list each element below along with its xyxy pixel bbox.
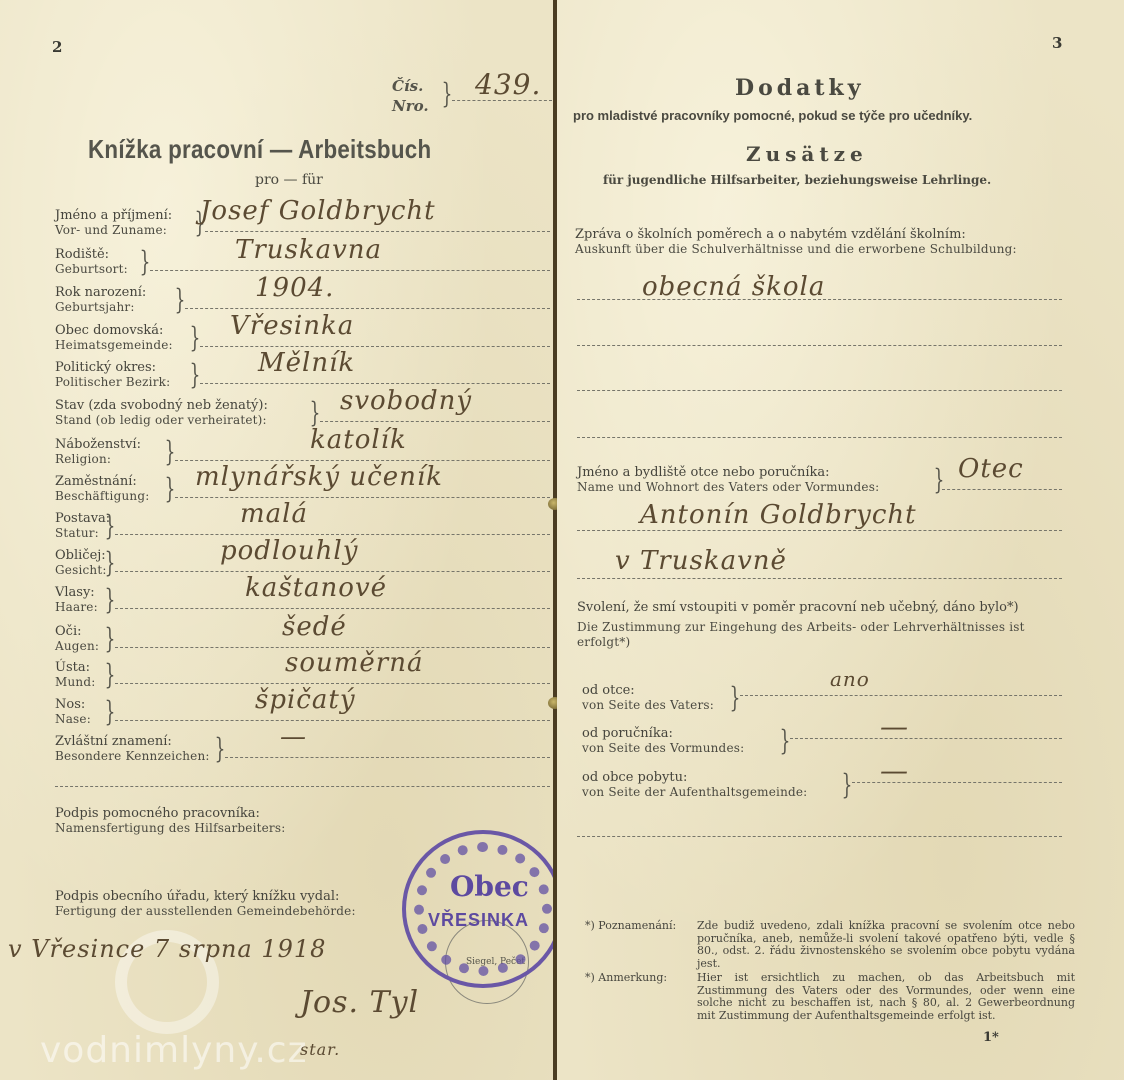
section-subtitle-cz: pro mladistvé pracovníky pomocné, pokud … (573, 108, 972, 123)
dotted-line (942, 489, 1062, 490)
dotted-line (115, 571, 550, 572)
field-value: 1904. (255, 273, 334, 303)
brace: } (105, 661, 116, 689)
field-value: souměrná (285, 648, 423, 678)
section-title-cz: Dodatky (735, 75, 865, 101)
dotted-line (150, 270, 550, 271)
dotted-line (115, 608, 550, 609)
footnote-label: *) Poznamenání: (585, 920, 676, 933)
place-date: v Vřesince 7 srpna 1918 (8, 935, 326, 963)
field-label: Obličej: Gesicht: (55, 548, 107, 578)
signatory-title: star. (300, 1040, 340, 1059)
footnote-text: Hier ist ersichtlich zu machen, ob das A… (697, 972, 1075, 1022)
brace: } (310, 399, 321, 427)
brace: } (165, 475, 176, 503)
field-label: Stav (zda svobodný neb ženatý): Stand (o… (55, 398, 268, 428)
dotted-line (577, 390, 1062, 391)
dotted-line (577, 578, 1062, 579)
footnote-text: Zde budiž uvedeno, zdali knížka pracovní… (697, 920, 1075, 970)
consent-value: — (880, 710, 909, 743)
brace: } (215, 735, 226, 763)
consent-label: Svolení, že smí vstoupiti v poměr pracov… (577, 600, 1067, 650)
field-value: katolík (310, 425, 407, 455)
dotted-line (55, 786, 550, 787)
field-label: Rok narození: Geburtsjahr: (55, 285, 146, 315)
dotted-line (175, 460, 550, 461)
field-label: Postava: Statur: (55, 511, 110, 541)
dotted-line (225, 757, 550, 758)
footnote-label: *) Anmerkung: (585, 972, 667, 985)
brace: } (105, 512, 116, 540)
field-value: Vřesinka (230, 311, 354, 341)
field-value: Josef Goldbrycht (200, 196, 436, 226)
field-label: Ústa: Mund: (55, 660, 95, 690)
dotted-line (790, 738, 1062, 739)
consent-row-label: od poručníka: von Seite des Vormundes: (582, 726, 744, 756)
dotted-line (577, 530, 1062, 531)
dotted-line (320, 421, 550, 422)
field-value: malá (240, 499, 308, 529)
field-label: Zaměstnání: Beschäftigung: (55, 474, 149, 504)
field-value: Truskavna (235, 235, 382, 265)
dotted-line (185, 308, 550, 309)
brace: } (175, 286, 186, 314)
number-label: Čís. Nro. (392, 76, 429, 116)
consent-row-label: od obce pobytu: von Seite der Aufenthalt… (582, 770, 807, 800)
section-title-de: Zusätze (746, 142, 868, 166)
dotted-line (200, 383, 550, 384)
page-number-right: 3 (1052, 34, 1062, 52)
brace: } (165, 438, 176, 466)
office-signature-label: Podpis obecního úřadu, který knížku vyda… (55, 889, 356, 919)
field-label: Politický okres: Politischer Bezirk: (55, 360, 170, 390)
brace: } (105, 586, 116, 614)
father-label: Jméno a bydliště otce nebo poručníka: Na… (577, 465, 879, 495)
consent-value: ano (830, 667, 870, 691)
field-label: Zvláštní znamení: Besondere Kennzeichen: (55, 734, 210, 764)
field-value: mlynářský učeník (195, 462, 443, 492)
father-value-2: Antonín Goldbrycht (640, 500, 917, 530)
dotted-line (577, 836, 1062, 837)
section-subtitle-de: für jugendliche Hilfsarbeiter, beziehung… (603, 173, 991, 187)
official-stamp: Obec VŘESINKA (402, 830, 564, 988)
page-number-left: 2 (52, 38, 62, 56)
brace: } (842, 771, 853, 799)
school-label: Zpráva o školních poměrech a o nabytém v… (575, 227, 1017, 257)
dotted-line (115, 534, 550, 535)
field-label: Rodiště: Geburtsort: (55, 247, 128, 277)
dotted-line (205, 231, 550, 232)
brace: } (140, 248, 151, 276)
brace: } (190, 361, 201, 389)
left-page: 2 Čís. Nro. } 439. Knížka pracovní — Arb… (0, 0, 553, 1080)
brace: } (105, 625, 116, 653)
field-value: svobodný (340, 386, 472, 416)
field-value: kaštanové (245, 573, 387, 603)
dotted-line (577, 437, 1062, 438)
brace: } (730, 684, 741, 712)
field-label: Oči: Augen: (55, 624, 99, 654)
dotted-line (577, 299, 1062, 300)
field-value: podlouhlý (220, 536, 358, 566)
dotted-line (740, 695, 1062, 696)
father-value-3: v Truskavně (615, 546, 787, 576)
brace: } (442, 80, 453, 108)
signature-mark: 1* (983, 1030, 999, 1045)
field-value: šedé (282, 612, 347, 642)
brace: } (105, 698, 116, 726)
signatory-signature: Jos. Tyl (300, 985, 419, 1020)
field-value: špičatý (255, 685, 356, 715)
field-value: — (280, 722, 307, 752)
dotted-line (115, 720, 550, 721)
worker-signature-label: Podpis pomocného pracovníka: Namensferti… (55, 806, 285, 836)
brace: } (190, 324, 201, 352)
field-label: Vlasy: Haare: (55, 585, 98, 615)
field-label: Náboženství: Religion: (55, 437, 141, 467)
father-value-1: Otec (958, 454, 1024, 484)
field-label: Obec domovská: Heimatsgemeinde: (55, 323, 173, 353)
field-label: Nos: Nase: (55, 697, 91, 727)
brace: } (780, 727, 791, 755)
consent-value: — (880, 754, 909, 787)
field-label: Jméno a příjmení: Vor- und Zuname: (55, 208, 172, 238)
brace: } (105, 549, 116, 577)
page-title: Knížka pracovní — Arbeitsbuch (88, 134, 431, 165)
dotted-line (577, 345, 1062, 346)
school-value: obecná škola (642, 272, 825, 302)
book-number: 439. (475, 68, 541, 101)
dotted-line (200, 346, 550, 347)
dotted-line (115, 683, 550, 684)
page-subtitle: pro — für (255, 172, 323, 188)
watermark: vodnimlyny.cz (40, 1030, 308, 1071)
consent-row-label: od otce: von Seite des Vaters: (582, 683, 714, 713)
dotted-line (175, 497, 550, 498)
field-value: Mělník (258, 348, 355, 378)
